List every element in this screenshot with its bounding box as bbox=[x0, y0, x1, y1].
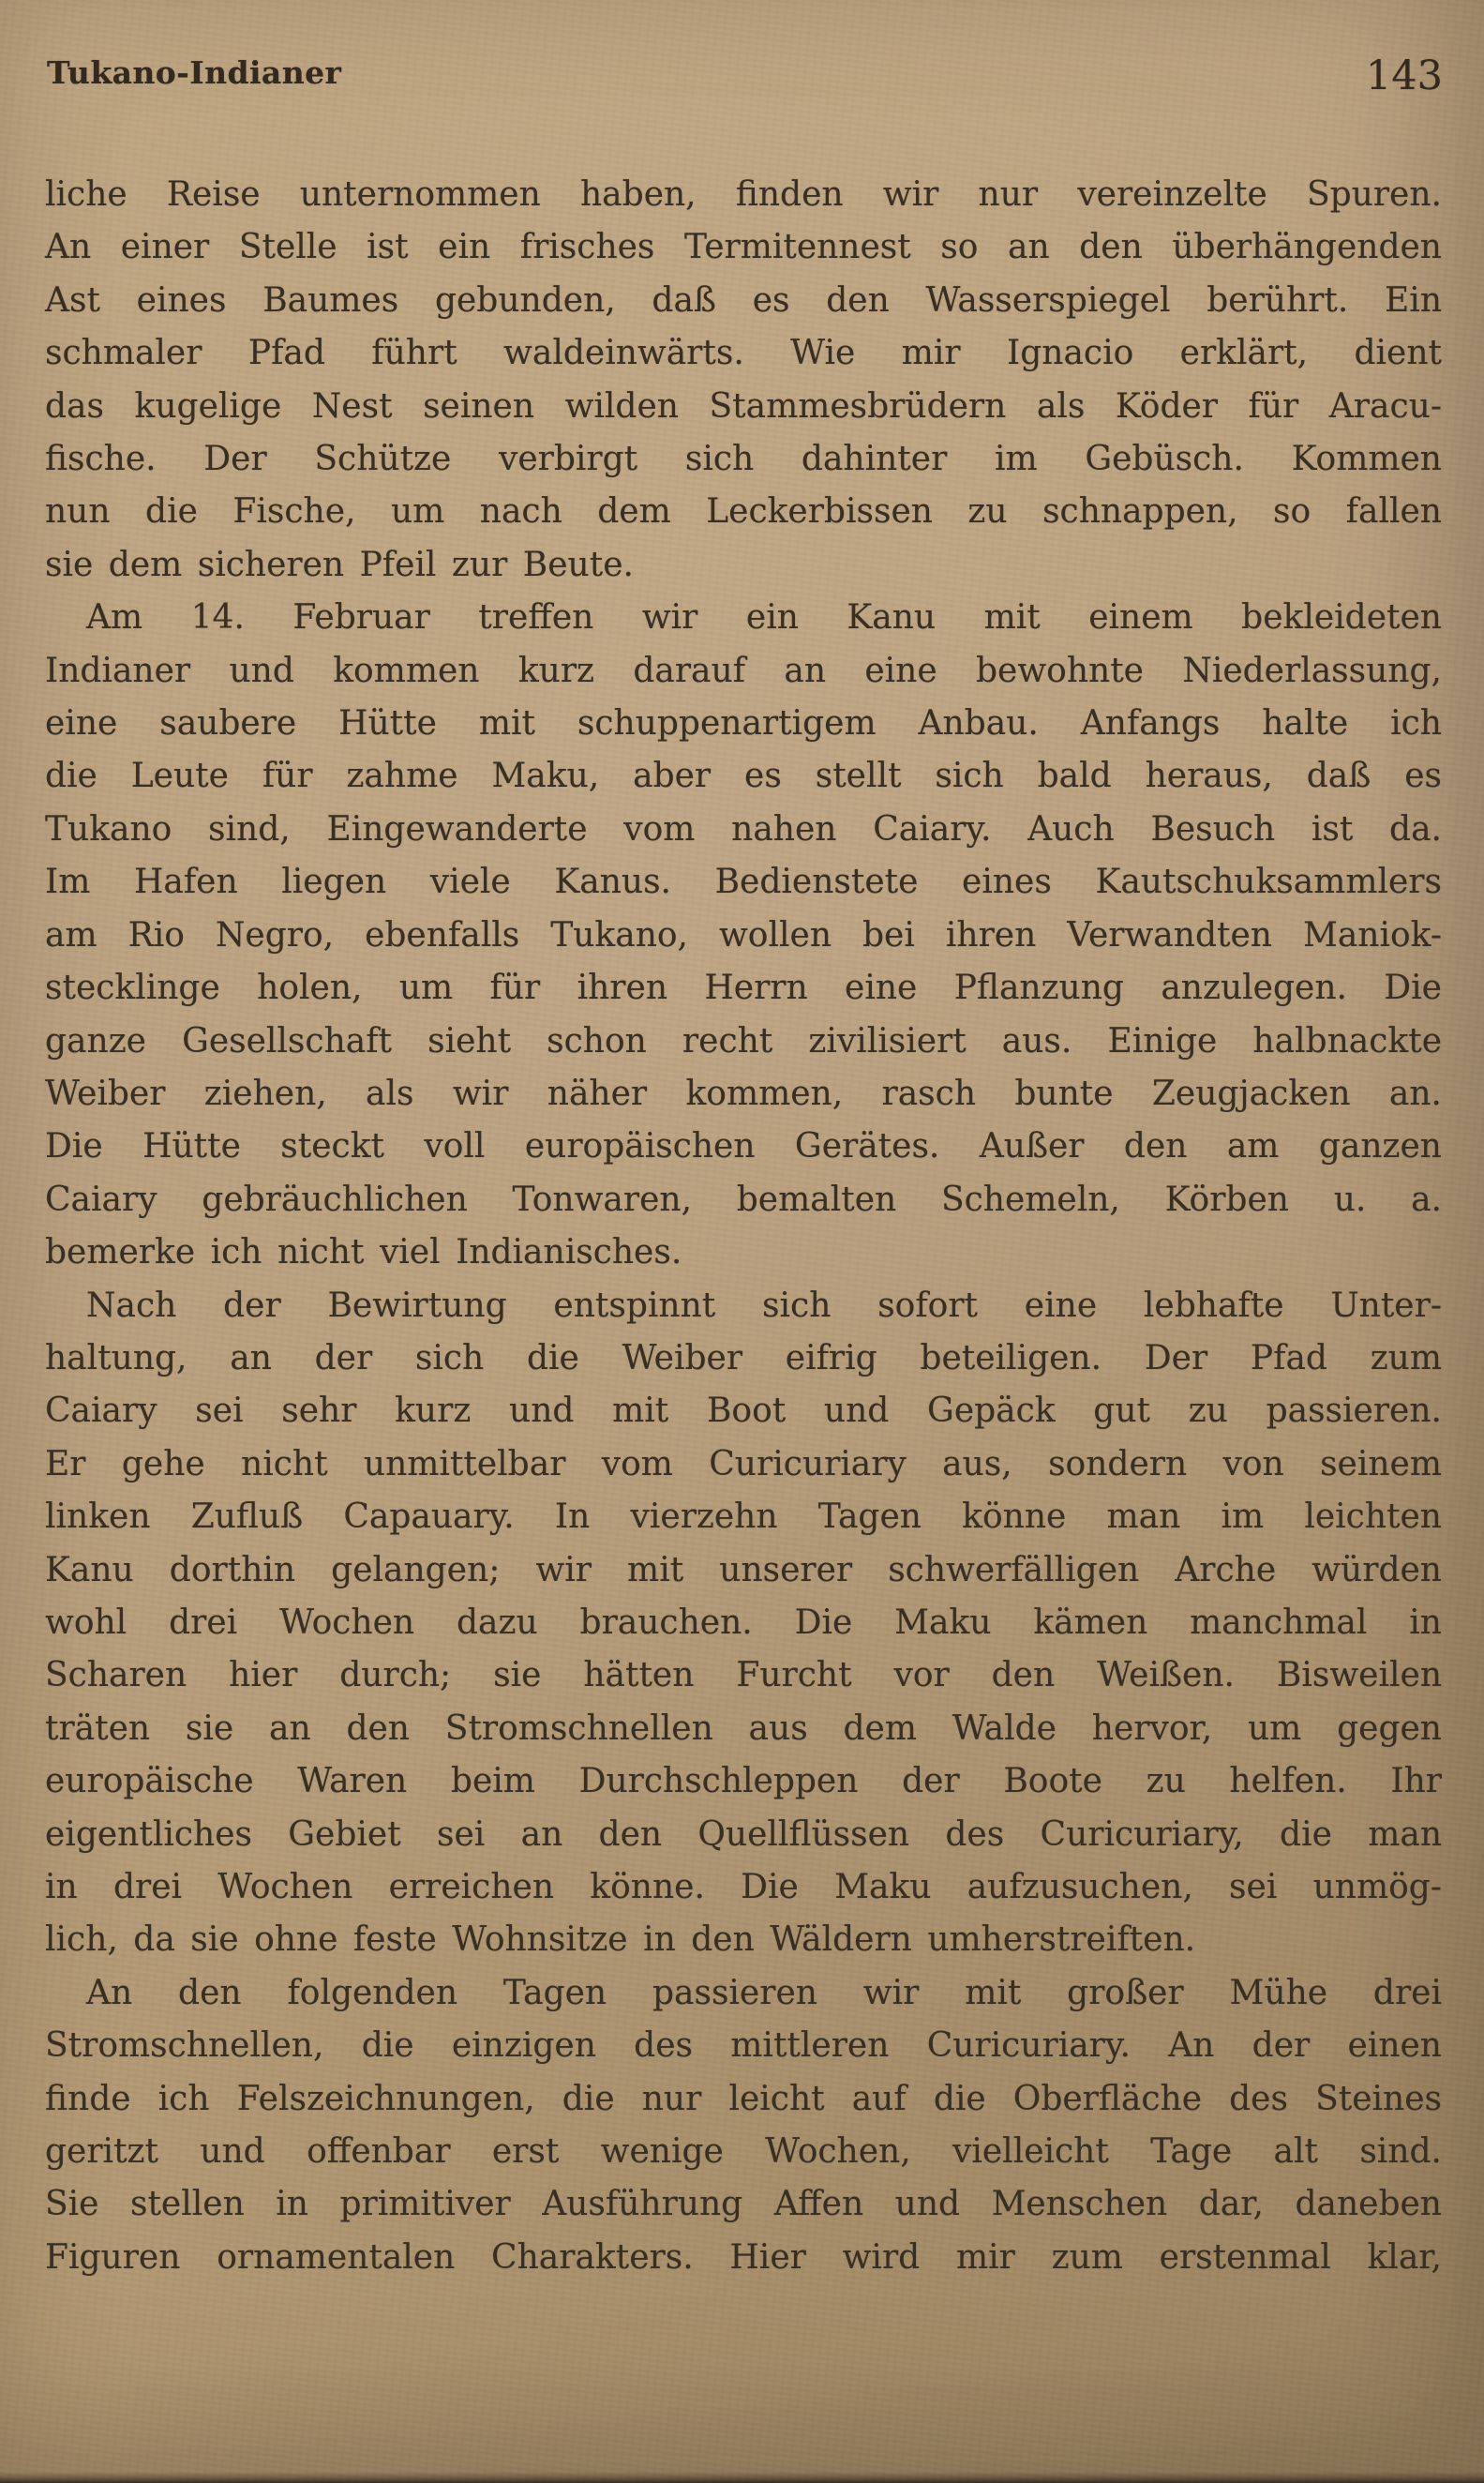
text-line: Die Hütte steckt voll europäischen Gerät… bbox=[45, 1121, 1442, 1173]
text-line: lich, da sie ohne feste Wohnsitze in den… bbox=[45, 1914, 1442, 1966]
page-bottom-edge bbox=[0, 2472, 1484, 2483]
text-line: Stromschnellen, die einzigen des mittler… bbox=[45, 2020, 1442, 2072]
text-block: liche Reise unternommen haben, finden wi… bbox=[45, 169, 1442, 2284]
text-line: wohl drei Wochen dazu brauchen. Die Maku… bbox=[45, 1597, 1442, 1649]
text-line: ganze Gesellschaft sieht schon recht ziv… bbox=[45, 1016, 1442, 1068]
text-line: Ast eines Baumes gebunden, daß es den Wa… bbox=[45, 275, 1442, 327]
text-line: am Rio Negro, ebenfalls Tukano, wollen b… bbox=[45, 910, 1442, 962]
text-line: An einer Stelle ist ein frisches Termite… bbox=[45, 221, 1442, 274]
text-line: Im Hafen liegen viele Kanus. Bedienstete… bbox=[45, 856, 1442, 909]
text-line: sie dem sicheren Pfeil zur Beute. bbox=[45, 539, 1442, 592]
text-line: finde ich Felszeichnungen, die nur leich… bbox=[45, 2073, 1442, 2126]
text-line: Figuren ornamentalen Charakters. Hier wi… bbox=[45, 2232, 1442, 2284]
book-page: Tukano-Indianer 143 liche Reise unternom… bbox=[0, 0, 1484, 2483]
text-line: eine saubere Hütte mit schuppenartigem A… bbox=[45, 698, 1442, 750]
text-line: die Leute für zahme Maku, aber es stellt… bbox=[45, 750, 1442, 803]
running-title: Tukano-Indianer bbox=[47, 54, 341, 91]
text-line: Tukano sind, Eingewanderte vom nahen Cai… bbox=[45, 804, 1442, 856]
text-line: eigentliches Gebiet sei an den Quellflüs… bbox=[45, 1809, 1442, 1861]
text-line: Er gehe nicht unmittelbar vom Curicuriar… bbox=[45, 1438, 1442, 1491]
text-line: linken Zufluß Capauary. In vierzehn Tage… bbox=[45, 1491, 1442, 1543]
text-line: haltung, an der sich die Weiber eifrig b… bbox=[45, 1332, 1442, 1385]
text-line: Sie stellen in primitiver Ausführung Aff… bbox=[45, 2178, 1442, 2231]
text-line: stecklinge holen, um für ihren Herrn ein… bbox=[45, 962, 1442, 1015]
text-line: Caiary sei sehr kurz und mit Boot und Ge… bbox=[45, 1385, 1442, 1437]
text-line: Nach der Bewirtung entspinnt sich sofort… bbox=[45, 1280, 1442, 1332]
text-line: fische. Der Schütze verbirgt sich dahint… bbox=[45, 433, 1442, 486]
text-line: schmaler Pfad führt waldeinwärts. Wie mi… bbox=[45, 327, 1442, 380]
text-line: Am 14. Februar treffen wir ein Kanu mit … bbox=[45, 592, 1442, 644]
text-line: Scharen hier durch; sie hätten Furcht vo… bbox=[45, 1649, 1442, 1702]
page-number: 143 bbox=[1366, 53, 1443, 99]
text-line: das kugelige Nest seinen wilden Stammesb… bbox=[45, 381, 1442, 433]
text-line: geritzt und offenbar erst wenige Wochen,… bbox=[45, 2126, 1442, 2178]
text-line: nun die Fische, um nach dem Leckerbissen… bbox=[45, 486, 1442, 538]
text-line: europäische Waren beim Durchschleppen de… bbox=[45, 1755, 1442, 1808]
text-line: Weiber ziehen, als wir näher kommen, ras… bbox=[45, 1068, 1442, 1121]
text-line: Indianer und kommen kurz darauf an eine … bbox=[45, 645, 1442, 698]
text-line: liche Reise unternommen haben, finden wi… bbox=[45, 169, 1442, 221]
text-line: bemerke ich nicht viel Indianisches. bbox=[45, 1226, 1442, 1279]
text-line: in drei Wochen erreichen könne. Die Maku… bbox=[45, 1861, 1442, 1914]
text-line: Caiary gebräuchlichen Tonwaren, bemalten… bbox=[45, 1174, 1442, 1226]
text-line: Kanu dorthin gelangen; wir mit unserer s… bbox=[45, 1544, 1442, 1597]
text-line: An den folgenden Tagen passieren wir mit… bbox=[45, 1967, 1442, 2020]
text-line: träten sie an den Stromschnellen aus dem… bbox=[45, 1703, 1442, 1755]
